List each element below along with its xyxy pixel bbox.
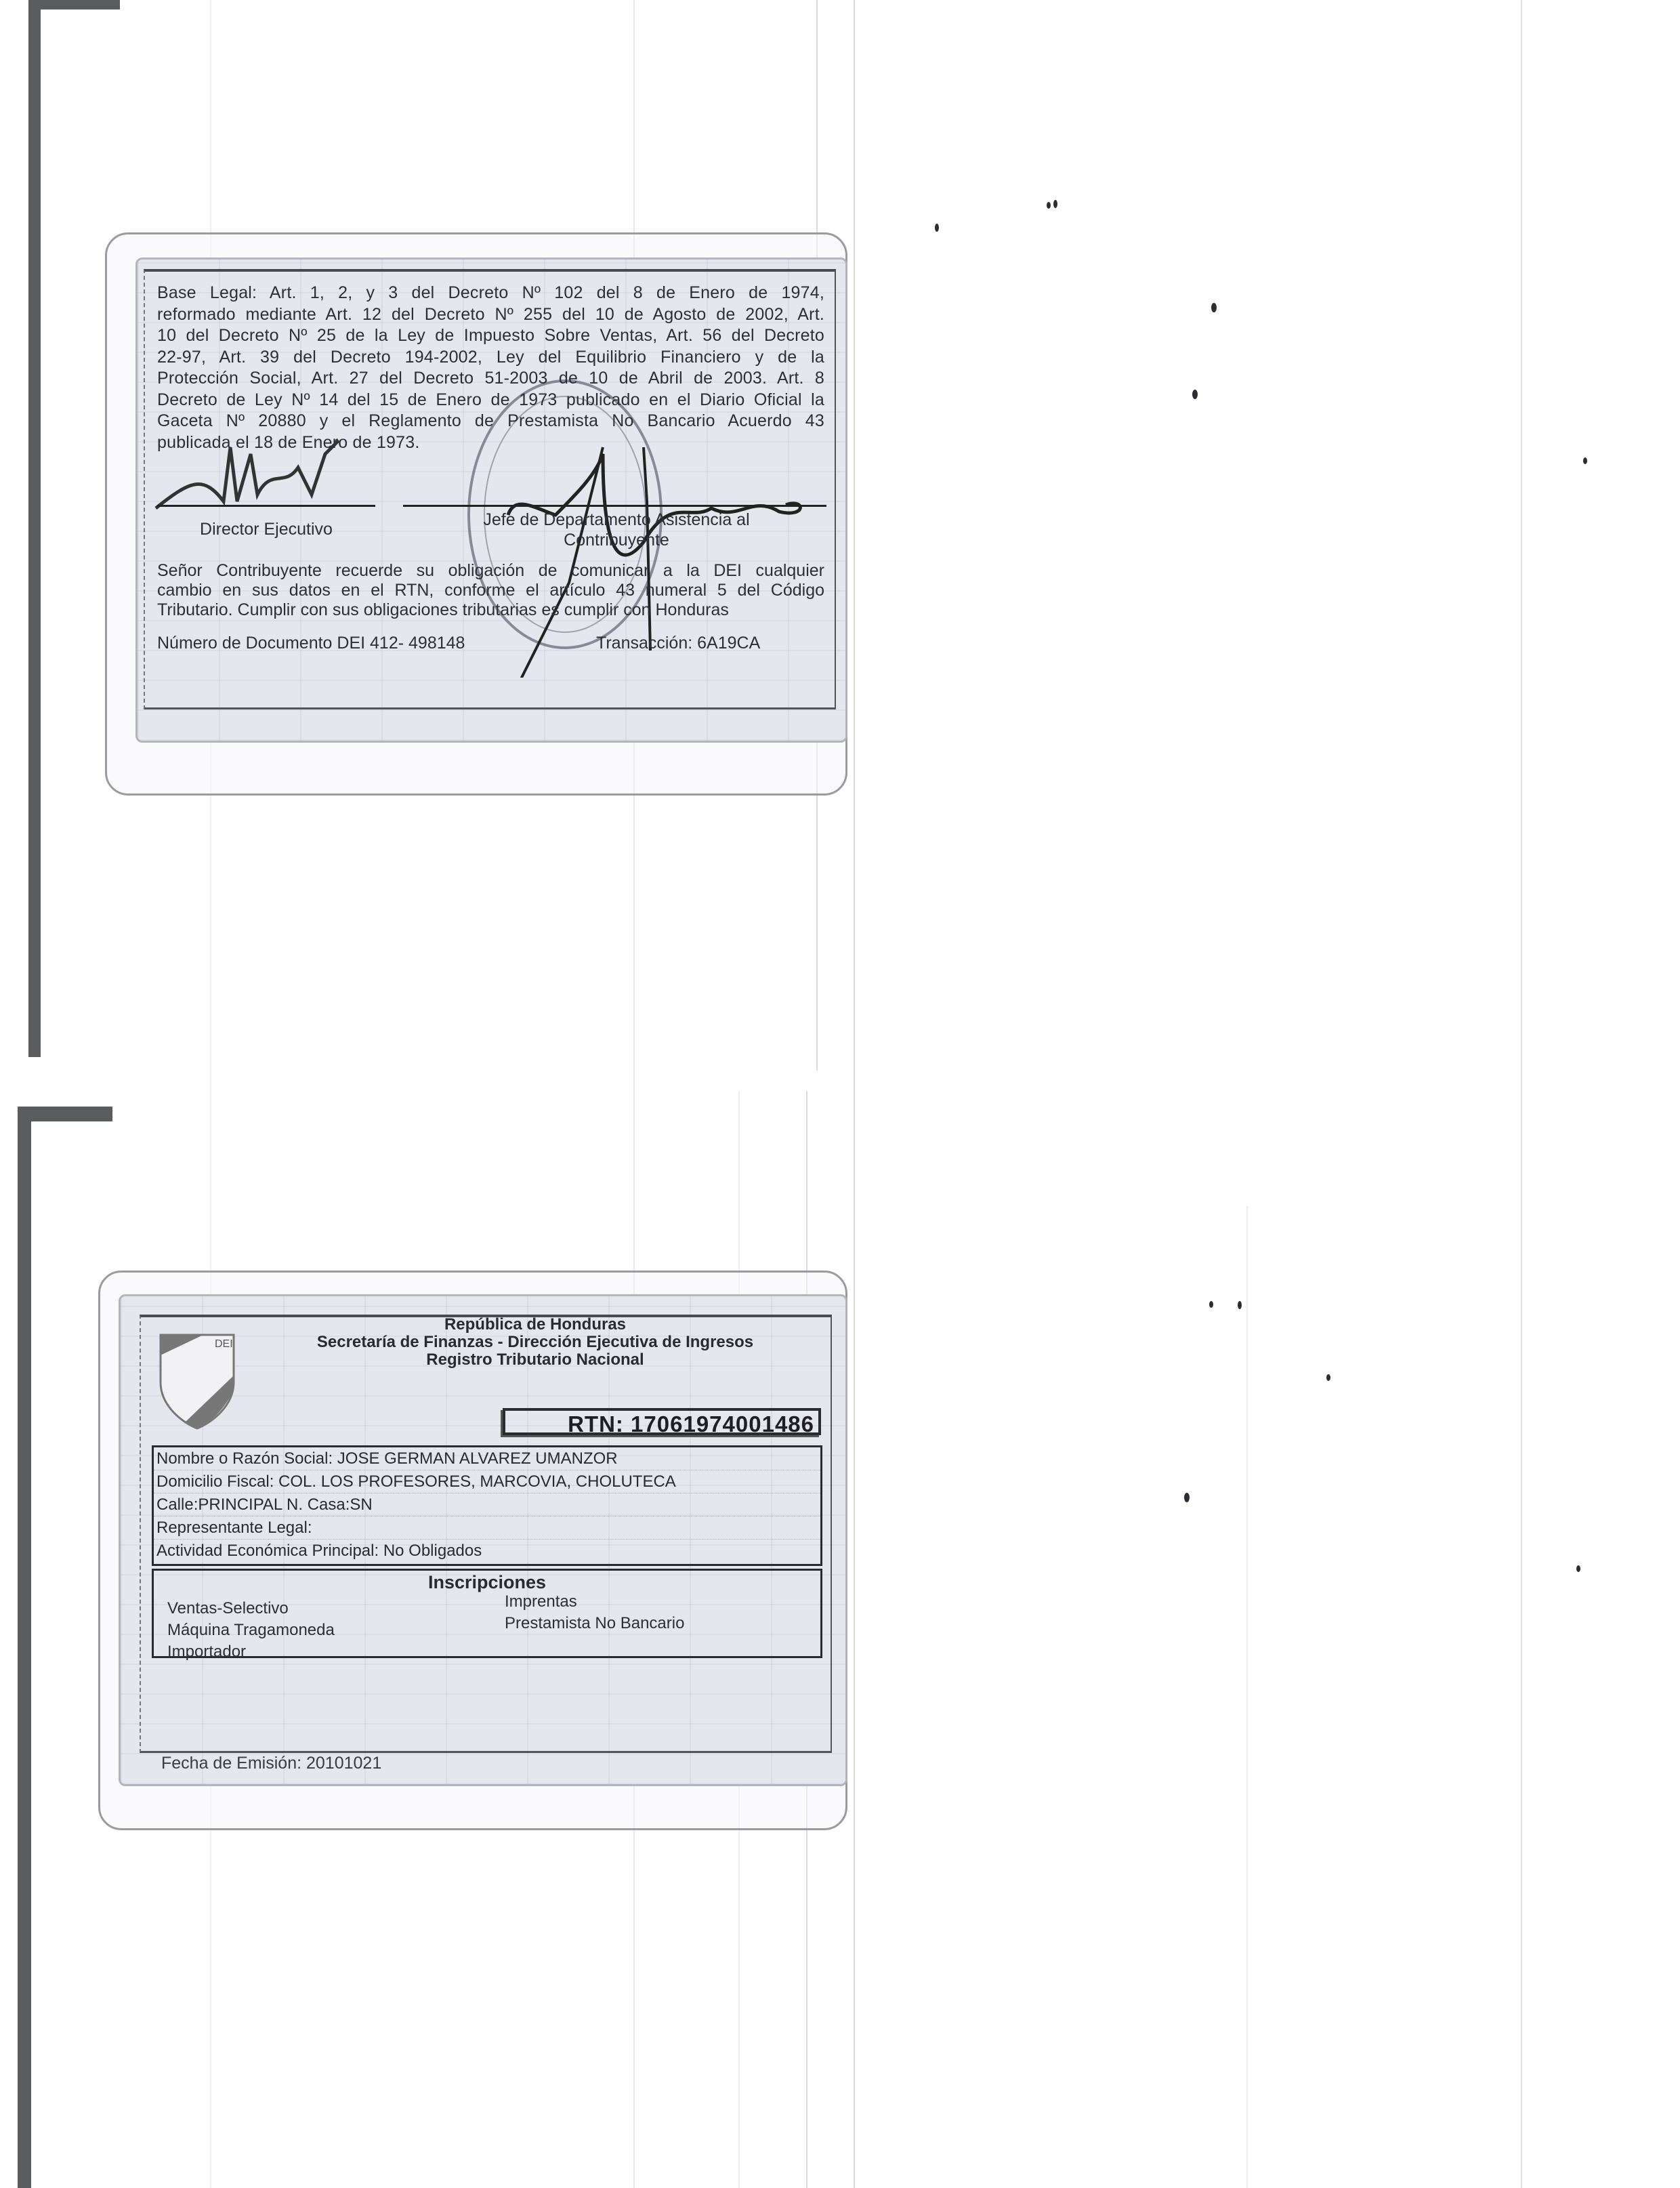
department-head-title-line1: Jefe de Departamento Asistencia al [420,510,813,530]
scan-speck [1184,1493,1190,1502]
scan-line [854,0,855,2188]
scan-speck [1583,457,1587,464]
scan-speck [1047,202,1051,209]
signature-line-director [157,505,375,507]
legal-line: Gaceta Nº 20880 y el Reglamento de Prest… [157,411,824,432]
director-title: Director Ejecutivo [157,519,375,539]
scan-line [1521,0,1522,2188]
document-number: Número de Documento DEI 412- 498148 [157,634,465,653]
scan-speck [1053,200,1057,208]
rtn-number: RTN: 17061974001486 [503,1408,821,1435]
header-agency: Secretaría de Finanzas - Dirección Ejecu… [224,1334,847,1351]
legal-line: 10 del Decreto Nº 25 de la Ley de Impues… [157,325,824,347]
taxpayer-info-box: Nombre o Razón Social: JOSE GERMAN ALVAR… [152,1445,822,1566]
registrations-box: Inscripciones Ventas-Selectivo Máquina T… [152,1569,822,1658]
scan-speck [1326,1374,1330,1381]
registration-item: Máquina Tragamoneda [167,1621,335,1640]
transaction-code: Transacción: 6A19CA [596,634,760,653]
scan-speck [1576,1565,1580,1572]
department-head-title-line2: Contribuyente [420,530,813,550]
scan-corner-bracket-bottom [18,1107,31,2188]
registrations-title: Inscripciones [154,1572,820,1593]
header-country: República de Honduras [224,1316,847,1334]
legal-line: Base Legal: Art. 1, 2, y 3 del Decreto N… [157,283,824,304]
taxpayer-notice: Señor Contribuyente recuerde su obligaci… [157,561,824,620]
department-head-title: Jefe de Departamento Asistencia al Contr… [420,510,813,550]
scan-speck [1209,1301,1213,1308]
legal-basis-text: Base Legal: Art. 1, 2, y 3 del Decreto N… [157,283,824,453]
notice-line: cambio en sus datos en el RTN, conforme … [157,581,824,600]
legal-line: Protección Social, Art. 27 del Decreto 5… [157,368,824,390]
street-address: Calle:PRINCIPAL N. Casa:SN [154,1493,820,1516]
legal-representative: Representante Legal: [154,1516,820,1540]
registration-item: Ventas-Selectivo [167,1599,289,1618]
scan-speck [1211,303,1217,312]
registration-item: Prestamista No Bancario [505,1614,684,1633]
legal-line: 22-97, Art. 39 del Decreto 194-2002, Ley… [157,347,824,369]
legal-line: reformado mediante Art. 12 del Decreto N… [157,304,824,326]
legal-line: Decreto de Ley Nº 14 del 15 de Enero de … [157,390,824,411]
registration-item: Importador [167,1643,246,1661]
signature-line-department-head [403,505,826,507]
fiscal-address: Domicilio Fiscal: COL. LOS PROFESORES, M… [154,1470,820,1493]
notice-line: Tributario. Cumplir con sus obligaciones… [157,600,824,620]
header-registry: Registro Tributario Nacional [224,1351,847,1369]
economic-activity: Actividad Económica Principal: No Obliga… [154,1540,820,1563]
scan-speck [1238,1301,1242,1309]
legal-line: publicada el 18 de Enero de 1973. [157,432,824,454]
scan-speck [1192,390,1198,399]
scan-line [1246,1206,1248,2188]
registration-item: Imprentas [505,1592,577,1611]
taxpayer-name: Nombre o Razón Social: JOSE GERMAN ALVAR… [154,1447,820,1470]
notice-line: Señor Contribuyente recuerde su obligaci… [157,561,824,581]
scan-corner-bracket-top [28,0,41,1057]
scan-corner-bracket-bottom-arm [18,1107,112,1121]
scan-speck [935,224,939,232]
scan-corner-bracket-top-arm [28,0,120,9]
issue-date: Fecha de Emisión: 20101021 [161,1754,381,1773]
